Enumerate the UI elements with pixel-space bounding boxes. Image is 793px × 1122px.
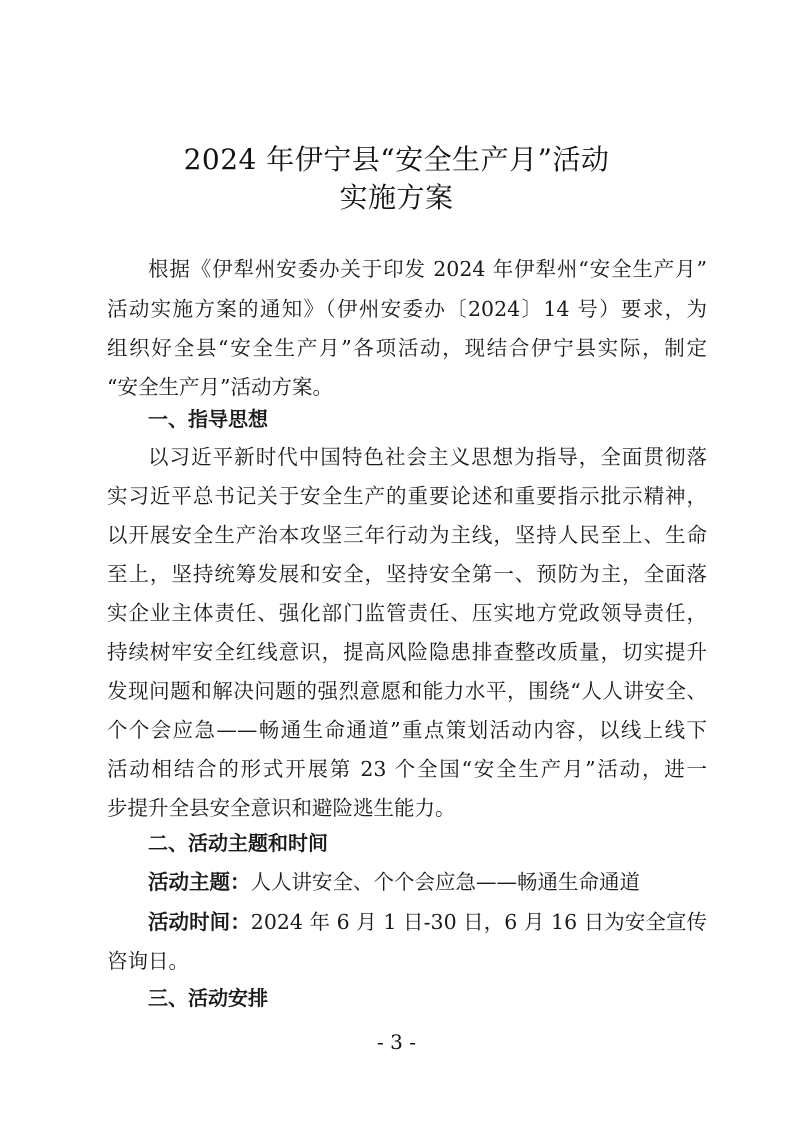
section-heading-guiding-ideology: 一、指导思想	[148, 405, 748, 433]
paragraph-line: 个个会应急——畅通生命通道”重点策划活动内容，以线上线下	[107, 716, 707, 744]
activity-time-line: 活动时间：2024 年 6 月 1 日-30 日，6 月 16 日为安全宣传	[148, 908, 707, 936]
page-number: - 3 -	[0, 1030, 793, 1054]
intro-line: 根据《伊犁州安委办关于印发 2024 年伊犁州“安全生产月”	[148, 255, 707, 283]
paragraph-line: 步提升全县安全意识和避险逃生能力。	[107, 794, 707, 822]
intro-line: 组织好全县“安全生产月”各项活动，现结合伊宁县实际，制定	[107, 334, 707, 362]
activity-theme-value: 人人讲安全、个个会应急——畅通生命通道	[251, 870, 641, 894]
paragraph-line: 实习近平总书记关于安全生产的重要论述和重要指示批示精神，	[107, 482, 707, 510]
intro-line: “安全生产月”活动方案。	[107, 373, 707, 401]
activity-time-label: 活动时间：	[148, 910, 251, 934]
document-title-line1: 2024 年伊宁县“安全生产月”活动	[0, 140, 793, 180]
paragraph-line: 持续树牢安全红线意识，提高风险隐患排查整改质量，切实提升	[107, 638, 707, 666]
paragraph-line: 实企业主体责任、强化部门监管责任、压实地方党政领导责任，	[107, 599, 707, 627]
paragraph-line: 以习近平新时代中国特色社会主义思想为指导，全面贯彻落	[148, 443, 707, 471]
paragraph-line: 以开展安全生产治本攻坚三年行动为主线，坚持人民至上、生命	[107, 521, 707, 549]
document-title-line2: 实施方案	[0, 178, 793, 218]
paragraph-line: 至上，坚持统筹发展和安全，坚持安全第一、预防为主，全面落	[107, 560, 707, 588]
paragraph-line: 发现问题和解决问题的强烈意愿和能力水平，围绕“人人讲安全、	[107, 677, 707, 705]
section-heading-arrangements: 三、活动安排	[148, 984, 748, 1012]
section-heading-theme-and-time: 二、活动主题和时间	[148, 829, 748, 857]
activity-theme-label: 活动主题：	[148, 870, 251, 894]
intro-line: 活动实施方案的通知》（伊州安委办〔2024〕14 号）要求，为	[107, 295, 707, 323]
activity-theme-line: 活动主题：人人讲安全、个个会应急——畅通生命通道	[148, 868, 748, 896]
activity-time-continuation: 咨询日。	[107, 947, 707, 975]
activity-time-value: 2024 年 6 月 1 日-30 日，6 月 16 日为安全宣传	[251, 910, 707, 934]
paragraph-line: 活动相结合的形式开展第 23 个全国“安全生产月”活动，进一	[107, 755, 707, 783]
